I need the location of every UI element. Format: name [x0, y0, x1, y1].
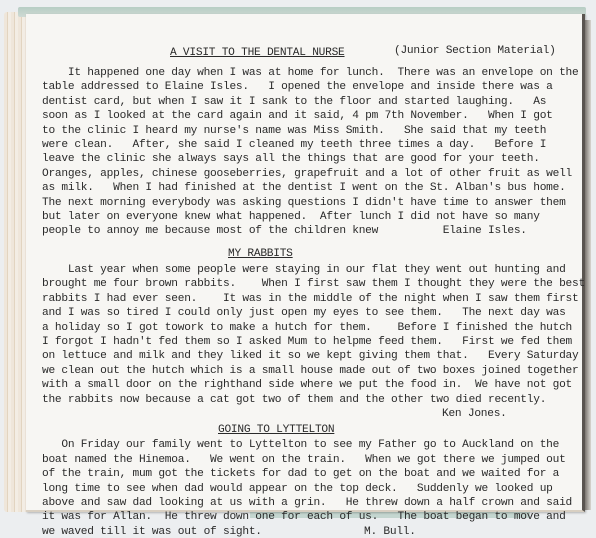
story-dental-nurse: It happened one day when I was at home f…: [42, 66, 582, 239]
section-note: (Junior Section Material): [394, 44, 556, 58]
text-line: I forgot I hadn't fed them so I asked Mu…: [42, 335, 582, 349]
text-line-with-signature: people to annoy me because most of the c…: [42, 224, 582, 238]
text-line: Last year when some people were staying …: [42, 263, 582, 277]
text-line: and I was so tired I could only just ope…: [42, 306, 582, 320]
text-line: a holiday so I got towork to make a hutc…: [42, 321, 582, 335]
text-line: we clean out the hutch which is a small …: [42, 364, 582, 378]
text-line: It happened one day when I was at home f…: [42, 66, 582, 80]
last-line-row: we waved till it was out of sight. M. Bu…: [42, 525, 582, 538]
author-signature: M. Bull.: [364, 525, 416, 538]
text-line: above and saw dad looking at us with a g…: [42, 496, 582, 510]
text-line: brought me four brown rabbits. When I fi…: [42, 277, 582, 291]
text-line: rabbits I had ever seen. It was in the m…: [42, 292, 582, 306]
text-line: table addressed to Elaine Isles. I opene…: [42, 80, 582, 94]
text-line: the rabbits now because a cat got two of…: [42, 393, 582, 407]
text-line: with a small door on the righthand side …: [42, 378, 582, 392]
text-line: On Friday our family went to Lyttelton t…: [42, 438, 582, 452]
author-signature: Ken Jones.: [42, 407, 582, 421]
text-line: as milk. When I had finished at the dent…: [42, 181, 582, 195]
page-content: A VISIT TO THE DENTAL NURSE (Junior Sect…: [42, 46, 582, 538]
text-line: dentist card, but when I saw it I sank t…: [42, 95, 582, 109]
text-line: long time to see when dad would appear o…: [42, 482, 582, 496]
story-my-rabbits: Last year when some people were staying …: [42, 263, 582, 421]
story-title-rabbits: MY RABBITS: [228, 247, 293, 261]
title-row: A VISIT TO THE DENTAL NURSE (Junior Sect…: [42, 46, 582, 66]
text-line: Oranges, apples, chinese gooseberries, g…: [42, 167, 582, 181]
text-line: it was for Allan. He threw down one for …: [42, 510, 582, 524]
story-title-lyttelton: GOING TO LYTTELTON: [218, 423, 334, 437]
text-line: The next morning everybody was asking qu…: [42, 196, 582, 210]
text-line: but later on everyone knew what happened…: [42, 210, 582, 224]
text-line: on lettuce and milk and they liked it so…: [42, 349, 582, 363]
text-line: leave the clinic she always says all the…: [42, 152, 582, 166]
story-going-to-lyttelton: On Friday our family went to Lyttelton t…: [42, 438, 582, 538]
text-line: soon as I looked at the card again and i…: [42, 109, 582, 123]
heading-row-rabbits: MY RABBITS: [42, 247, 582, 263]
heading-row-lyttelton: GOING TO LYTTELTON: [42, 423, 582, 438]
text-line: we waved till it was out of sight.: [42, 525, 262, 538]
text-line: of the train, mum got the tickets for da…: [42, 467, 582, 481]
story-title-dental: A VISIT TO THE DENTAL NURSE: [170, 46, 345, 60]
text-line: to the clinic I heard my nurse's name wa…: [42, 124, 582, 138]
text-line: boat named the Hinemoa. We went on the t…: [42, 453, 582, 467]
page-edge-right: [585, 20, 591, 510]
text-line: were clean. After, she said I cleaned my…: [42, 138, 582, 152]
